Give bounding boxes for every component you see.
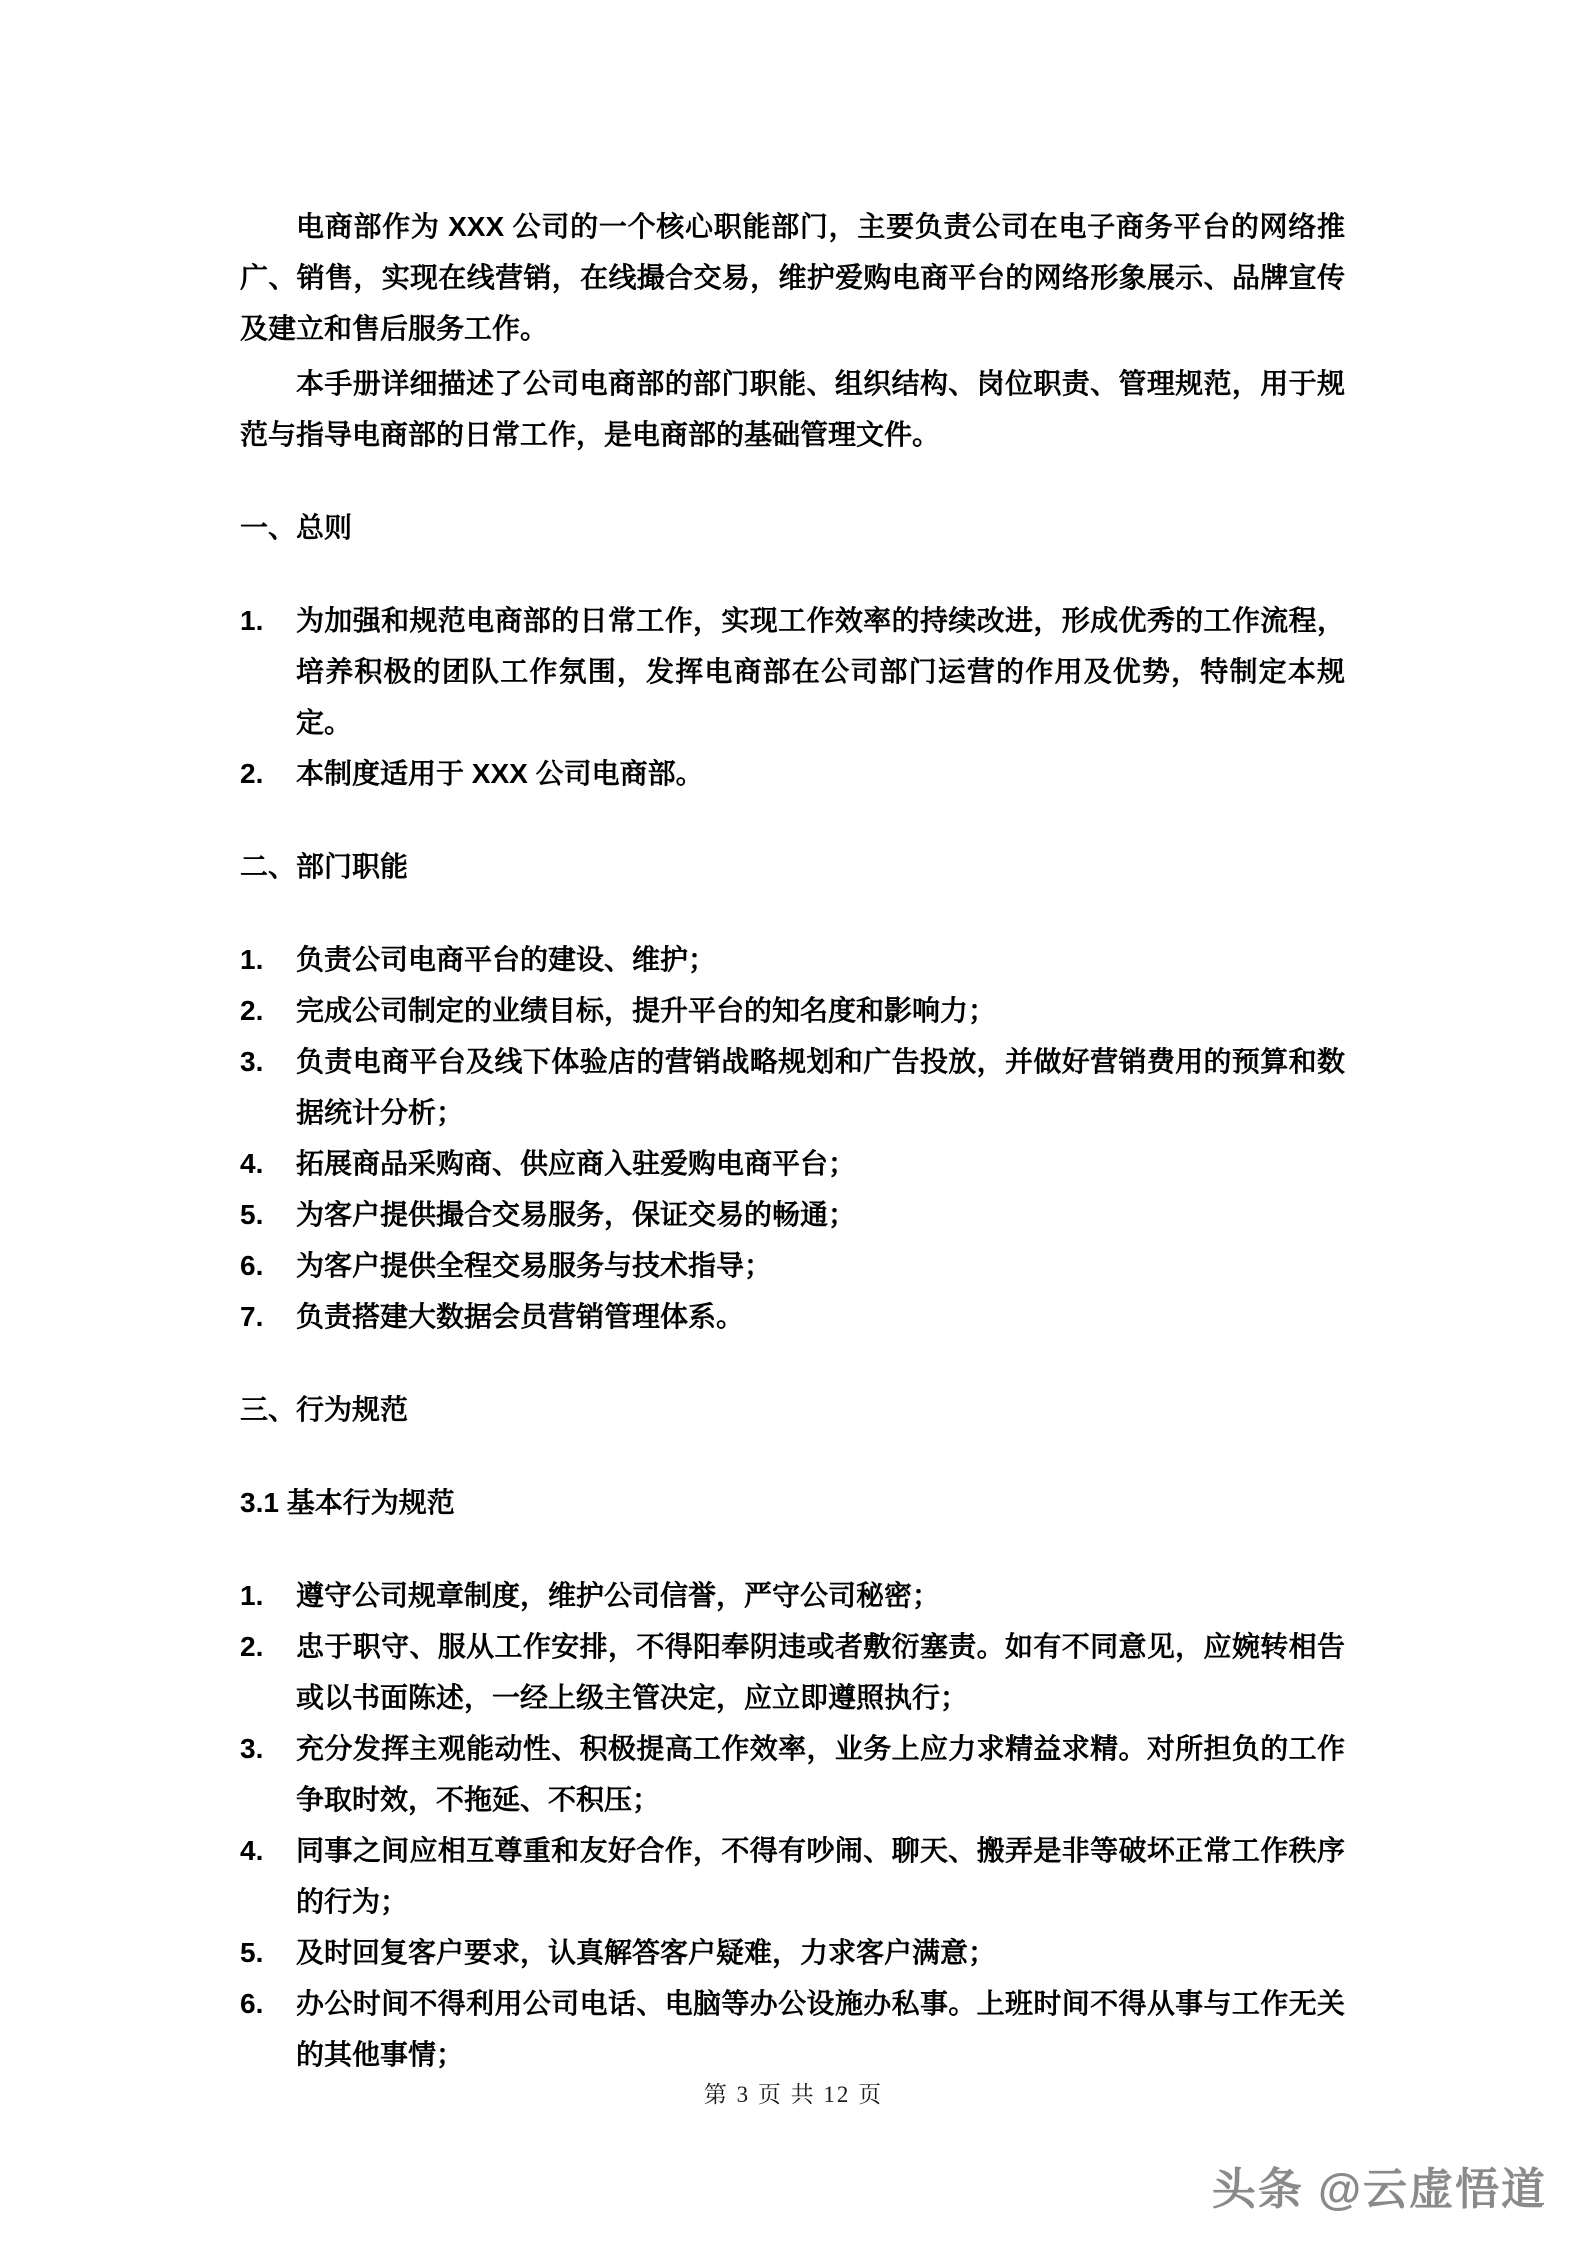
- list-item: 1. 为加强和规范电商部的日常工作，实现工作效率的持续改进，形成优秀的工作流程，…: [240, 595, 1345, 748]
- list-item-text: 完成公司制定的业绩目标，提升平台的知名度和影响力；: [296, 985, 1345, 1036]
- list-item-text: 忠于职守、服从工作安排，不得阳奉阴违或者敷衍塞责。如有不同意见，应婉转相告或以书…: [296, 1621, 1345, 1723]
- section-heading-general-rules: 一、总则: [240, 502, 1345, 553]
- list-item: 3. 负责电商平台及线下体验店的营销战略规划和广告投放，并做好营销费用的预算和数…: [240, 1036, 1345, 1138]
- list-item-number: 1.: [240, 595, 296, 646]
- list-item-number: 6.: [240, 1978, 296, 2029]
- document-content: 电商部作为 XXX 公司的一个核心职能部门，主要负责公司在电子商务平台的网络推广…: [240, 201, 1345, 2080]
- list-item: 6. 办公时间不得利用公司电话、电脑等办公设施办私事。上班时间不得从事与工作无关…: [240, 1978, 1345, 2080]
- section-heading-behavior-rules: 三、行为规范: [240, 1384, 1345, 1435]
- list-item-text: 负责搭建大数据会员营销管理体系。: [296, 1291, 1345, 1342]
- list-item-number: 2.: [240, 748, 296, 799]
- list-item-number: 5.: [240, 1927, 296, 1978]
- list-item-number: 2.: [240, 985, 296, 1036]
- intro-paragraph-1: 电商部作为 XXX 公司的一个核心职能部门，主要负责公司在电子商务平台的网络推广…: [240, 201, 1345, 354]
- list-item: 5. 及时回复客户要求，认真解答客户疑难，力求客户满意；: [240, 1927, 1345, 1978]
- list-item: 1. 负责公司电商平台的建设、维护；: [240, 934, 1345, 985]
- list-item: 4. 同事之间应相互尊重和友好合作，不得有吵闹、聊天、搬弄是非等破坏正常工作秩序…: [240, 1825, 1345, 1927]
- list-item-text: 为客户提供全程交易服务与技术指导；: [296, 1240, 1345, 1291]
- list-item-text: 负责公司电商平台的建设、维护；: [296, 934, 1345, 985]
- list-item: 3. 充分发挥主观能动性、积极提高工作效率，业务上应力求精益求精。对所担负的工作…: [240, 1723, 1345, 1825]
- list-item-text: 及时回复客户要求，认真解答客户疑难，力求客户满意；: [296, 1927, 1345, 1978]
- list-item-number: 6.: [240, 1240, 296, 1291]
- list-item-number: 1.: [240, 1570, 296, 1621]
- list-item-number: 3.: [240, 1723, 296, 1774]
- list-item: 2. 忠于职守、服从工作安排，不得阳奉阴违或者敷衍塞责。如有不同意见，应婉转相告…: [240, 1621, 1345, 1723]
- list-item: 1. 遵守公司规章制度，维护公司信誉，严守公司秘密；: [240, 1570, 1345, 1621]
- list-item: 7. 负责搭建大数据会员营销管理体系。: [240, 1291, 1345, 1342]
- department-functions-list: 1. 负责公司电商平台的建设、维护； 2. 完成公司制定的业绩目标，提升平台的知…: [240, 934, 1345, 1342]
- list-item-text: 拓展商品采购商、供应商入驻爱购电商平台；: [296, 1138, 1345, 1189]
- list-item-text: 负责电商平台及线下体验店的营销战略规划和广告投放，并做好营销费用的预算和数据统计…: [296, 1036, 1345, 1138]
- list-item-text: 同事之间应相互尊重和友好合作，不得有吵闹、聊天、搬弄是非等破坏正常工作秩序的行为…: [296, 1825, 1345, 1927]
- list-item-text: 本制度适用于 XXX 公司电商部。: [296, 748, 1345, 799]
- general-rules-list: 1. 为加强和规范电商部的日常工作，实现工作效率的持续改进，形成优秀的工作流程，…: [240, 595, 1345, 799]
- section-heading-department-functions: 二、部门职能: [240, 841, 1345, 892]
- intro-paragraph-2: 本手册详细描述了公司电商部的部门职能、组织结构、岗位职责、管理规范，用于规范与指…: [240, 358, 1345, 460]
- list-item: 4. 拓展商品采购商、供应商入驻爱购电商平台；: [240, 1138, 1345, 1189]
- list-item: 2. 完成公司制定的业绩目标，提升平台的知名度和影响力；: [240, 985, 1345, 1036]
- list-item-text: 为客户提供撮合交易服务，保证交易的畅通；: [296, 1189, 1345, 1240]
- list-item-text: 遵守公司规章制度，维护公司信誉，严守公司秘密；: [296, 1570, 1345, 1621]
- list-item-number: 2.: [240, 1621, 296, 1672]
- page-footer: 第 3 页 共 12 页: [0, 2076, 1587, 2109]
- basic-behavior-list: 1. 遵守公司规章制度，维护公司信誉，严守公司秘密； 2. 忠于职守、服从工作安…: [240, 1570, 1345, 2080]
- list-item-number: 5.: [240, 1189, 296, 1240]
- watermark: 头条 @云虚悟道: [1212, 2153, 1547, 2217]
- list-item-text: 办公时间不得利用公司电话、电脑等办公设施办私事。上班时间不得从事与工作无关的其他…: [296, 1978, 1345, 2080]
- list-item-number: 1.: [240, 934, 296, 985]
- list-item-text: 充分发挥主观能动性、积极提高工作效率，业务上应力求精益求精。对所担负的工作争取时…: [296, 1723, 1345, 1825]
- list-item-number: 4.: [240, 1825, 296, 1876]
- list-item-number: 7.: [240, 1291, 296, 1342]
- list-item-number: 3.: [240, 1036, 296, 1087]
- list-item-number: 4.: [240, 1138, 296, 1189]
- list-item: 2. 本制度适用于 XXX 公司电商部。: [240, 748, 1345, 799]
- list-item: 5. 为客户提供撮合交易服务，保证交易的畅通；: [240, 1189, 1345, 1240]
- subsection-heading-basic-behavior: 3.1 基本行为规范: [240, 1477, 1345, 1528]
- list-item-text: 为加强和规范电商部的日常工作，实现工作效率的持续改进，形成优秀的工作流程，培养积…: [296, 595, 1345, 748]
- document-page: 电商部作为 XXX 公司的一个核心职能部门，主要负责公司在电子商务平台的网络推广…: [0, 0, 1587, 2245]
- list-item: 6. 为客户提供全程交易服务与技术指导；: [240, 1240, 1345, 1291]
